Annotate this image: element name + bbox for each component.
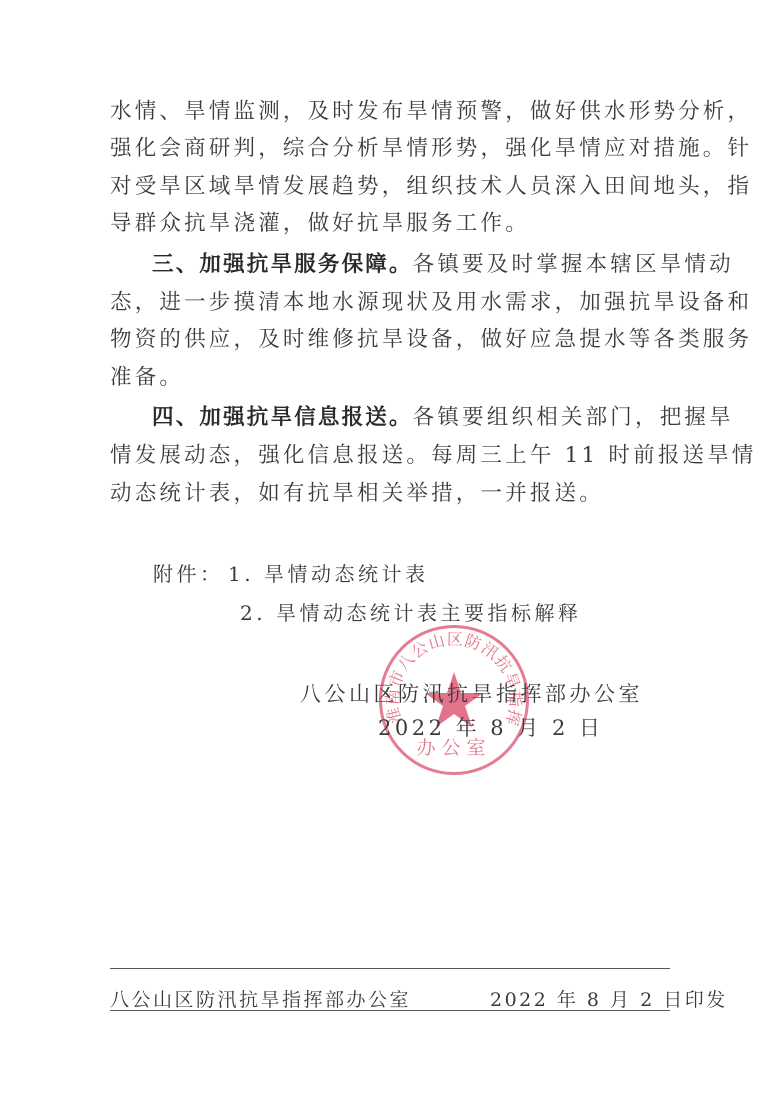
attachment-item: 1. 旱情动态统计表 bbox=[228, 560, 428, 588]
body-line: 水情、旱情监测，及时发布旱情预警，做好供水形势分析， bbox=[110, 97, 670, 127]
document-page: 水情、旱情监测，及时发布旱情预警，做好供水形势分析， 强化会商研判，综合分析旱情… bbox=[0, 0, 770, 1099]
body-line: 动态统计表，如有抗旱相关举措，一并报送。 bbox=[110, 479, 670, 509]
body-line: 情发展动态，强化信息报送。每周三上午 11 时前报送旱情 bbox=[110, 441, 670, 471]
paragraph-first-line: 四、加强抗旱信息报送。各镇要组织相关部门，把握旱 bbox=[152, 403, 672, 433]
section-heading: 四、加强抗旱信息报送。 bbox=[152, 405, 413, 430]
footer-date: 2022 年 8 月 2 日印发 bbox=[490, 985, 728, 1012]
body-line: 准备。 bbox=[110, 363, 670, 393]
section-heading: 三、加强抗旱服务保障。 bbox=[152, 252, 413, 277]
attachment-label: 附件： bbox=[153, 560, 224, 588]
body-line: 对受旱区域旱情发展趋势，组织技术人员深入田间地头，指 bbox=[110, 172, 670, 202]
footer-top-rule bbox=[110, 968, 670, 969]
paragraph-first-line: 三、加强抗旱服务保障。各镇要及时掌握本辖区旱情动 bbox=[152, 250, 672, 280]
body-text: 各镇要及时掌握本辖区旱情动 bbox=[413, 252, 734, 277]
footer-issuer: 八公山区防汛抗旱指挥部办公室 bbox=[110, 985, 411, 1012]
body-text: 各镇要组织相关部门，把握旱 bbox=[413, 405, 734, 430]
body-line: 强化会商研判，综合分析旱情形势，强化旱情应对措施。针 bbox=[110, 134, 670, 164]
signature-org: 八公山区防汛抗旱指挥部办公室 bbox=[300, 680, 643, 708]
signature-date: 2022 年 8 月 2 日 bbox=[378, 714, 604, 742]
body-line: 导群众抗旱浇灌，做好抗旱服务工作。 bbox=[110, 209, 670, 239]
body-line: 物资的供应，及时维修抗旱设备，做好应急提水等各类服务 bbox=[110, 325, 670, 355]
body-line: 态，进一步摸清本地水源现状及用水需求，加强抗旱设备和 bbox=[110, 288, 670, 318]
attachment-item: 2. 旱情动态统计表主要指标解释 bbox=[240, 599, 581, 627]
footer-bottom-rule bbox=[110, 1010, 670, 1011]
